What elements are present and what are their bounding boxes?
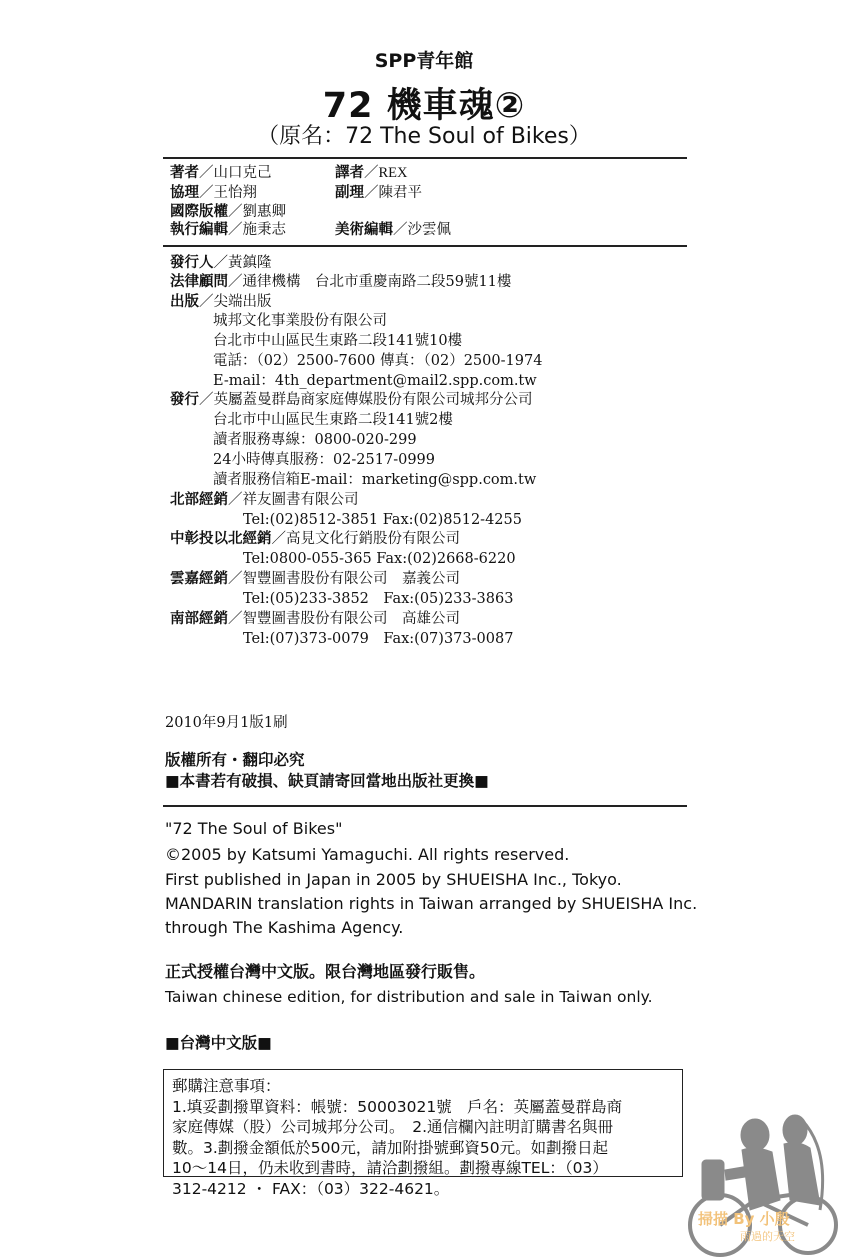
copyright-notice: 版權所有・翻印必究: [165, 750, 305, 770]
divider: [163, 157, 687, 159]
mail-order-line: 312-4212 ・ FAX：（03）322-4621。: [172, 1179, 682, 1200]
edition-date: 2010年9月1版1刷: [165, 713, 288, 733]
mail-order-box: 郵購注意事項： 1.填妥劃撥單資料：帳號：50003021號 戶名：英屬蓋曼群島…: [163, 1069, 683, 1177]
divider: [163, 805, 687, 807]
mail-order-line: 10〜14日，仍未收到書時，請洽劃撥組。劃撥專線TEL：（03）: [172, 1158, 682, 1179]
publisher-phone: 電話：（02）2500-7600 傳真：（02）2500-1974: [213, 351, 542, 371]
license-en: Taiwan chinese edition, for distribution…: [165, 984, 653, 1010]
reader-service-email: 讀者服務信箱E-mail：marketing@spp.com.tw: [213, 470, 536, 490]
mail-order-heading: 郵購注意事項：: [172, 1076, 682, 1097]
publisher: 出版／尖端出版: [170, 292, 272, 312]
english-translation-rights: MANDARIN translation rights in Taiwan ar…: [165, 891, 697, 917]
fax-service: 24小時傳真服務：02-2517-0999: [213, 450, 435, 470]
credit-associate-manager: 協理／王怡翔: [170, 183, 257, 203]
divider: [163, 245, 687, 247]
distributor-yunjia: 雲嘉經銷／智豐圖書股份有限公司 嘉義公司: [170, 569, 460, 589]
distributor-north: 北部經銷／祥友圖書有限公司: [170, 490, 359, 510]
mail-order-line: 數。3.劃撥金額低於500元，請加附掛號郵資50元。如劃撥日起: [172, 1138, 682, 1159]
distributor-south: 南部經銷／智豐圖書股份有限公司 高雄公司: [170, 609, 460, 629]
distributor-central-contact: Tel:0800-055-365 Fax:(02)2668-6220: [243, 549, 516, 569]
distributor-yunjia-contact: Tel:(05)233-3852 Fax:(05)233-3863: [243, 589, 513, 609]
publisher-address: 台北市中山區民生東路二段141號10樓: [213, 331, 462, 351]
publisher-email: E-mail：4th_department@mail2.spp.com.tw: [213, 371, 537, 391]
legal-counsel: 法律顧問／通律機構 台北市重慶南路二段59號11樓: [170, 272, 511, 292]
license-zh: 正式授權台灣中文版。限台灣地區發行販售。: [165, 962, 485, 982]
scanner-watermark: 掃描 By 小殷 雨過的天空: [680, 1100, 848, 1259]
distributor-south-contact: Tel:(07)373-0079 Fax:(07)373-0087: [243, 629, 513, 649]
english-agency: through The Kashima Agency.: [165, 915, 403, 941]
issuer: 發行人／黃鎮隆: [170, 253, 272, 273]
english-title: "72 The Soul of Bikes": [165, 816, 342, 842]
mail-order-line: 1.填妥劃撥單資料：帳號：50003021號 戶名：英屬蓋曼群島商: [172, 1097, 682, 1118]
credit-translator: 譯者／REX: [335, 163, 408, 183]
credit-author: 著者／山口克己: [170, 163, 272, 183]
distribution-address: 台北市中山區民生東路二段141號2樓: [213, 410, 453, 430]
distributor-north-contact: Tel:(02)8512-3851 Fax:(02)8512-4255: [243, 510, 522, 530]
credit-art-editor: 美術編輯／沙雲佩: [335, 220, 451, 240]
watermark-subtext: 雨過的天空: [740, 1228, 795, 1244]
credit-international-rights: 國際版權／劉惠卿: [170, 202, 286, 222]
original-title: （原名：72 The Soul of Bikes）: [0, 119, 848, 150]
distribution: 發行／英屬蓋曼群島商家庭傳媒股份有限公司城邦分公司: [170, 390, 533, 410]
credit-executive-editor: 執行編輯／施秉志: [170, 220, 286, 240]
watermark-text: 掃描 By 小殷: [698, 1208, 790, 1229]
mail-order-line: 家庭傳媒（股）公司城邦分公司。 2.通信欄內註明訂購書名與冊: [172, 1117, 682, 1138]
english-copyright: ©2005 by Katsumi Yamaguchi. All rights r…: [165, 842, 569, 868]
series-name: SPP青年館: [0, 46, 848, 73]
damaged-book-notice: ■本書若有破損、缺頁請寄回當地出版社更換■: [165, 771, 489, 791]
reader-service-line: 讀者服務專線：0800-020-299: [213, 430, 417, 450]
distributor-central: 中彰投以北經銷／高見文化行銷股份有限公司: [170, 529, 460, 549]
english-first-published: First published in Japan in 2005 by SHUE…: [165, 867, 622, 893]
credit-deputy-manager: 副理／陳君平: [335, 183, 422, 203]
edition-label: ■台灣中文版■: [165, 1033, 272, 1053]
publisher-company: 城邦文化事業股份有限公司: [213, 311, 387, 331]
